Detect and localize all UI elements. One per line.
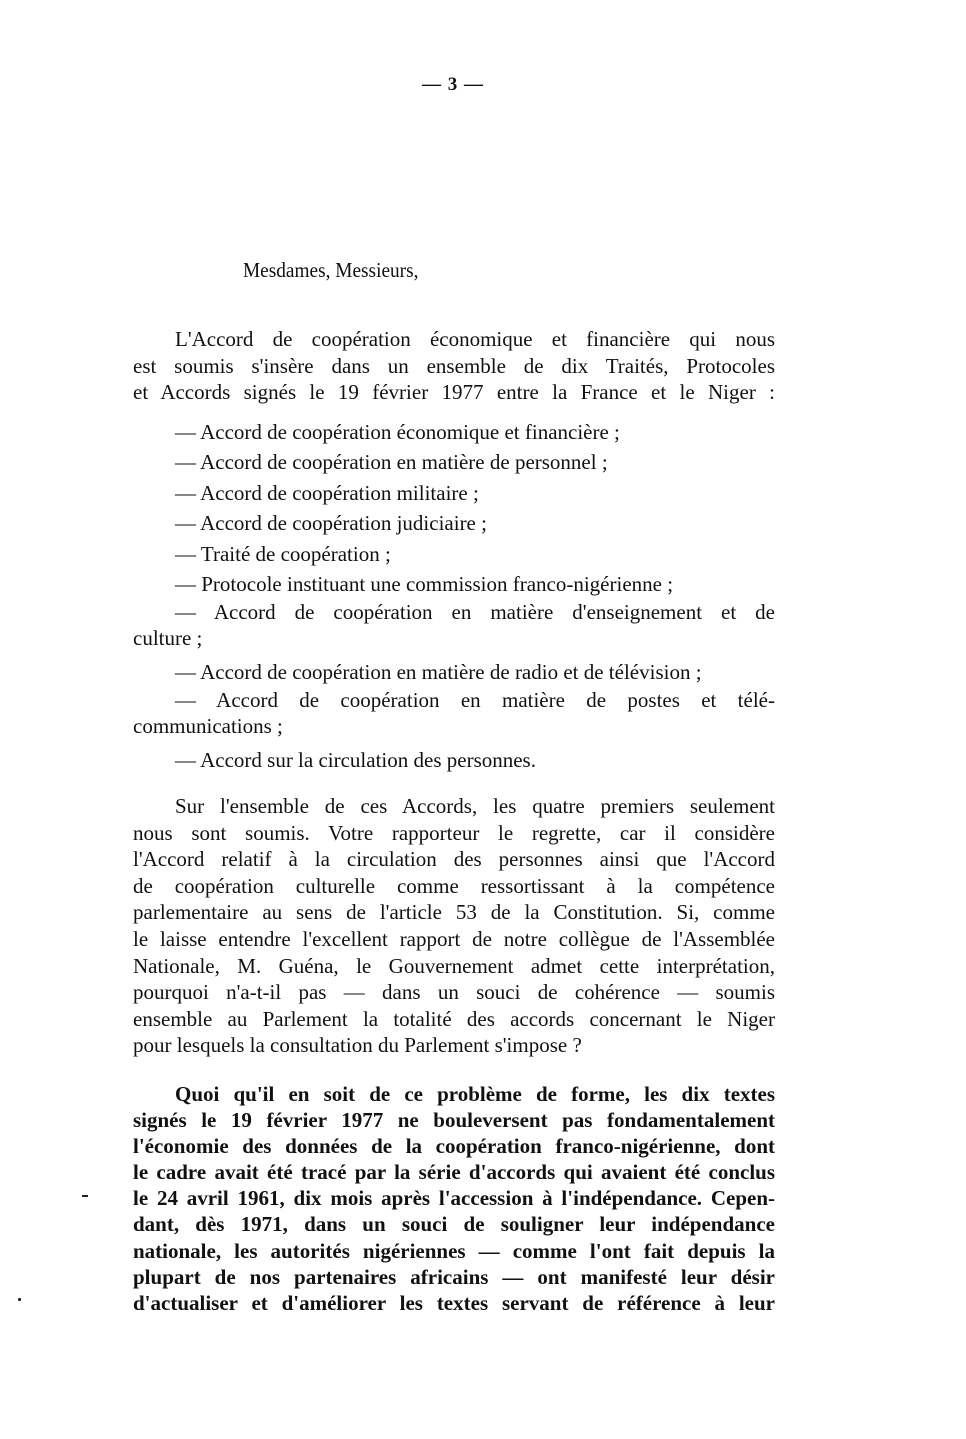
scan-artifact-dot (18, 1298, 21, 1301)
list-item: — Protocole instituant une commission fr… (133, 569, 775, 599)
paragraph-line: Nationale, M. Guéna, le Gouvernement adm… (133, 953, 775, 980)
list-item: — Accord de coopération judiciaire ; (133, 508, 775, 538)
paragraph-line: de coopération culturelle comme ressorti… (133, 873, 775, 900)
list-item: — Accord de coopération en matière de ra… (133, 657, 775, 687)
list-item: — Accord sur la circulation des personne… (133, 745, 775, 775)
list-item-continuation: communications ; (133, 714, 775, 744)
list-item: — Accord de coopération en matière de pe… (133, 447, 775, 477)
page-number: — 3 — (0, 74, 906, 96)
list-item: — Accord de coopération économique et fi… (133, 417, 775, 447)
salutation: Mesdames, Messieurs, (243, 258, 418, 283)
paragraph-accords-submitted: Sur l'ensemble de ces Accords, les quatr… (133, 793, 775, 1059)
paragraph-line: Sur l'ensemble de ces Accords, les quatr… (133, 793, 775, 820)
paragraph-line: le cadre avait été tracé par la série d'… (133, 1159, 775, 1185)
paragraph-line: le laisse entendre l'excellent rapport d… (133, 926, 775, 953)
list-item-continuation: culture ; (133, 626, 775, 656)
paragraph-line: ensemble au Parlement la totalité des ac… (133, 1006, 775, 1033)
paragraph-line: et Accords signés le 19 février 1977 ent… (133, 379, 775, 406)
paragraph-line: d'actualiser et d'améliorer les textes s… (133, 1290, 775, 1316)
paragraph-line: est soumis s'insère dans un ensemble de … (133, 353, 775, 380)
paragraph-line: parlementaire au sens de l'article 53 de… (133, 899, 775, 926)
agreements-list: — Accord de coopération économique et fi… (133, 417, 775, 775)
paragraph-line: dant, dès 1971, dans un souci de soulign… (133, 1211, 775, 1237)
paragraph-line: l'Accord relatif à la circulation des pe… (133, 846, 775, 873)
paragraph-line: nous sont soumis. Votre rapporteur le re… (133, 820, 775, 847)
paragraph-history: Quoi qu'il en soit de ce problème de for… (133, 1081, 775, 1316)
list-item: — Accord de coopération en matière de po… (133, 687, 775, 714)
list-item: — Traité de coopération ; (133, 539, 775, 569)
paragraph-line: l'économie des données de la coopération… (133, 1133, 775, 1159)
list-item: — Accord de coopération en matière d'ens… (133, 599, 775, 626)
list-item: — Accord de coopération militaire ; (133, 478, 775, 508)
paragraph-intro: L'Accord de coopération économique et fi… (133, 326, 775, 406)
paragraph-line: Quoi qu'il en soit de ce problème de for… (133, 1081, 775, 1107)
paragraph-line: le 24 avril 1961, dix mois après l'acces… (133, 1185, 775, 1211)
paragraph-line: plupart de nos partenaires africains — o… (133, 1264, 775, 1290)
paragraph-line: pour lesquels la consultation du Parleme… (133, 1032, 775, 1059)
paragraph-line: pourquoi n'a-t-il pas — dans un souci de… (133, 979, 775, 1006)
scan-artifact-mark (82, 1195, 88, 1197)
paragraph-line: signés le 19 février 1977 ne bouleversen… (133, 1107, 775, 1133)
paragraph-line: nationale, les autorités nigériennes — c… (133, 1238, 775, 1264)
paragraph-line: L'Accord de coopération économique et fi… (133, 326, 775, 353)
